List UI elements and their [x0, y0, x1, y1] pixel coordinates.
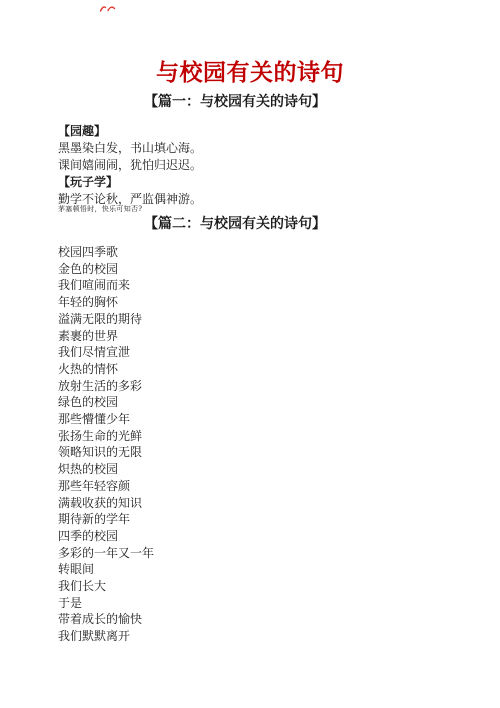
poem-line: 炽热的校园 [58, 461, 500, 478]
poem-line: 转眼间 [58, 561, 500, 578]
couplet-line: 黑墨染白发，书山填心海。 [58, 140, 500, 157]
poem-line: 多彩的一年又一年 [58, 545, 500, 562]
poem-line: 我们默默离开 [58, 628, 500, 645]
poem-line: 年轻的胸怀 [58, 294, 500, 311]
poem-line: 溢满无限的期待 [58, 311, 500, 328]
small-note-line: 茅塞顿悟时，快乐可知否? [58, 204, 500, 214]
poem-line: 放射生活的多彩 [58, 378, 500, 395]
document-page: 与校园有关的诗句 【篇一：与校园有关的诗句】 【园趣】黑墨染白发，书山填心海。课… [0, 0, 500, 708]
poem-line: 我们喧闹而来 [58, 277, 500, 294]
poem-line: 期待新的学年 [58, 511, 500, 528]
poem-line: 我们尽情宣泄 [58, 344, 500, 361]
section1-body: 【园趣】黑墨染白发，书山填心海。课间嬉闹闹，犹怕归迟迟。【玩子学】勤学不论秋，严… [58, 123, 500, 214]
poem-line: 金色的校园 [58, 261, 500, 278]
red-scribble-icon [99, 4, 116, 14]
poem-line: 于是 [58, 595, 500, 612]
poem-line: 绿色的校园 [58, 394, 500, 411]
poem-line: 带着成长的愉快 [58, 611, 500, 628]
document-body: 【园趣】黑墨染白发，书山填心海。课间嬉闹闹，犹怕归迟迟。【玩子学】勤学不论秋，严… [58, 123, 500, 645]
poem-line: 满载收获的知识 [58, 495, 500, 512]
poem-line: 校园四季歌 [58, 244, 500, 261]
page-title: 与校园有关的诗句 [0, 0, 500, 86]
section-subheading: 【玩子学】 [58, 174, 500, 191]
section2-header: 【篇二：与校园有关的诗句】 [0, 215, 500, 234]
section1-header: 【篇一：与校园有关的诗句】 [0, 93, 500, 112]
poem-line: 四季的校园 [58, 528, 500, 545]
poem-line: 素裹的世界 [58, 328, 500, 345]
poem-line: 领略知识的无限 [58, 444, 500, 461]
poem-line: 火热的情怀 [58, 361, 500, 378]
poem-line: 我们长大 [58, 578, 500, 595]
poem-line: 张扬生命的光鲜 [58, 428, 500, 445]
section-subheading: 【园趣】 [58, 123, 500, 140]
poem-line: 那些懵懂少年 [58, 411, 500, 428]
poem-line: 那些年轻容颜 [58, 478, 500, 495]
couplet-line: 课间嬉闹闹，犹怕归迟迟。 [58, 157, 500, 174]
section2-poem: 校园四季歌金色的校园我们喧闹而来年轻的胸怀溢满无限的期待素裹的世界我们尽情宣泄火… [58, 244, 500, 645]
